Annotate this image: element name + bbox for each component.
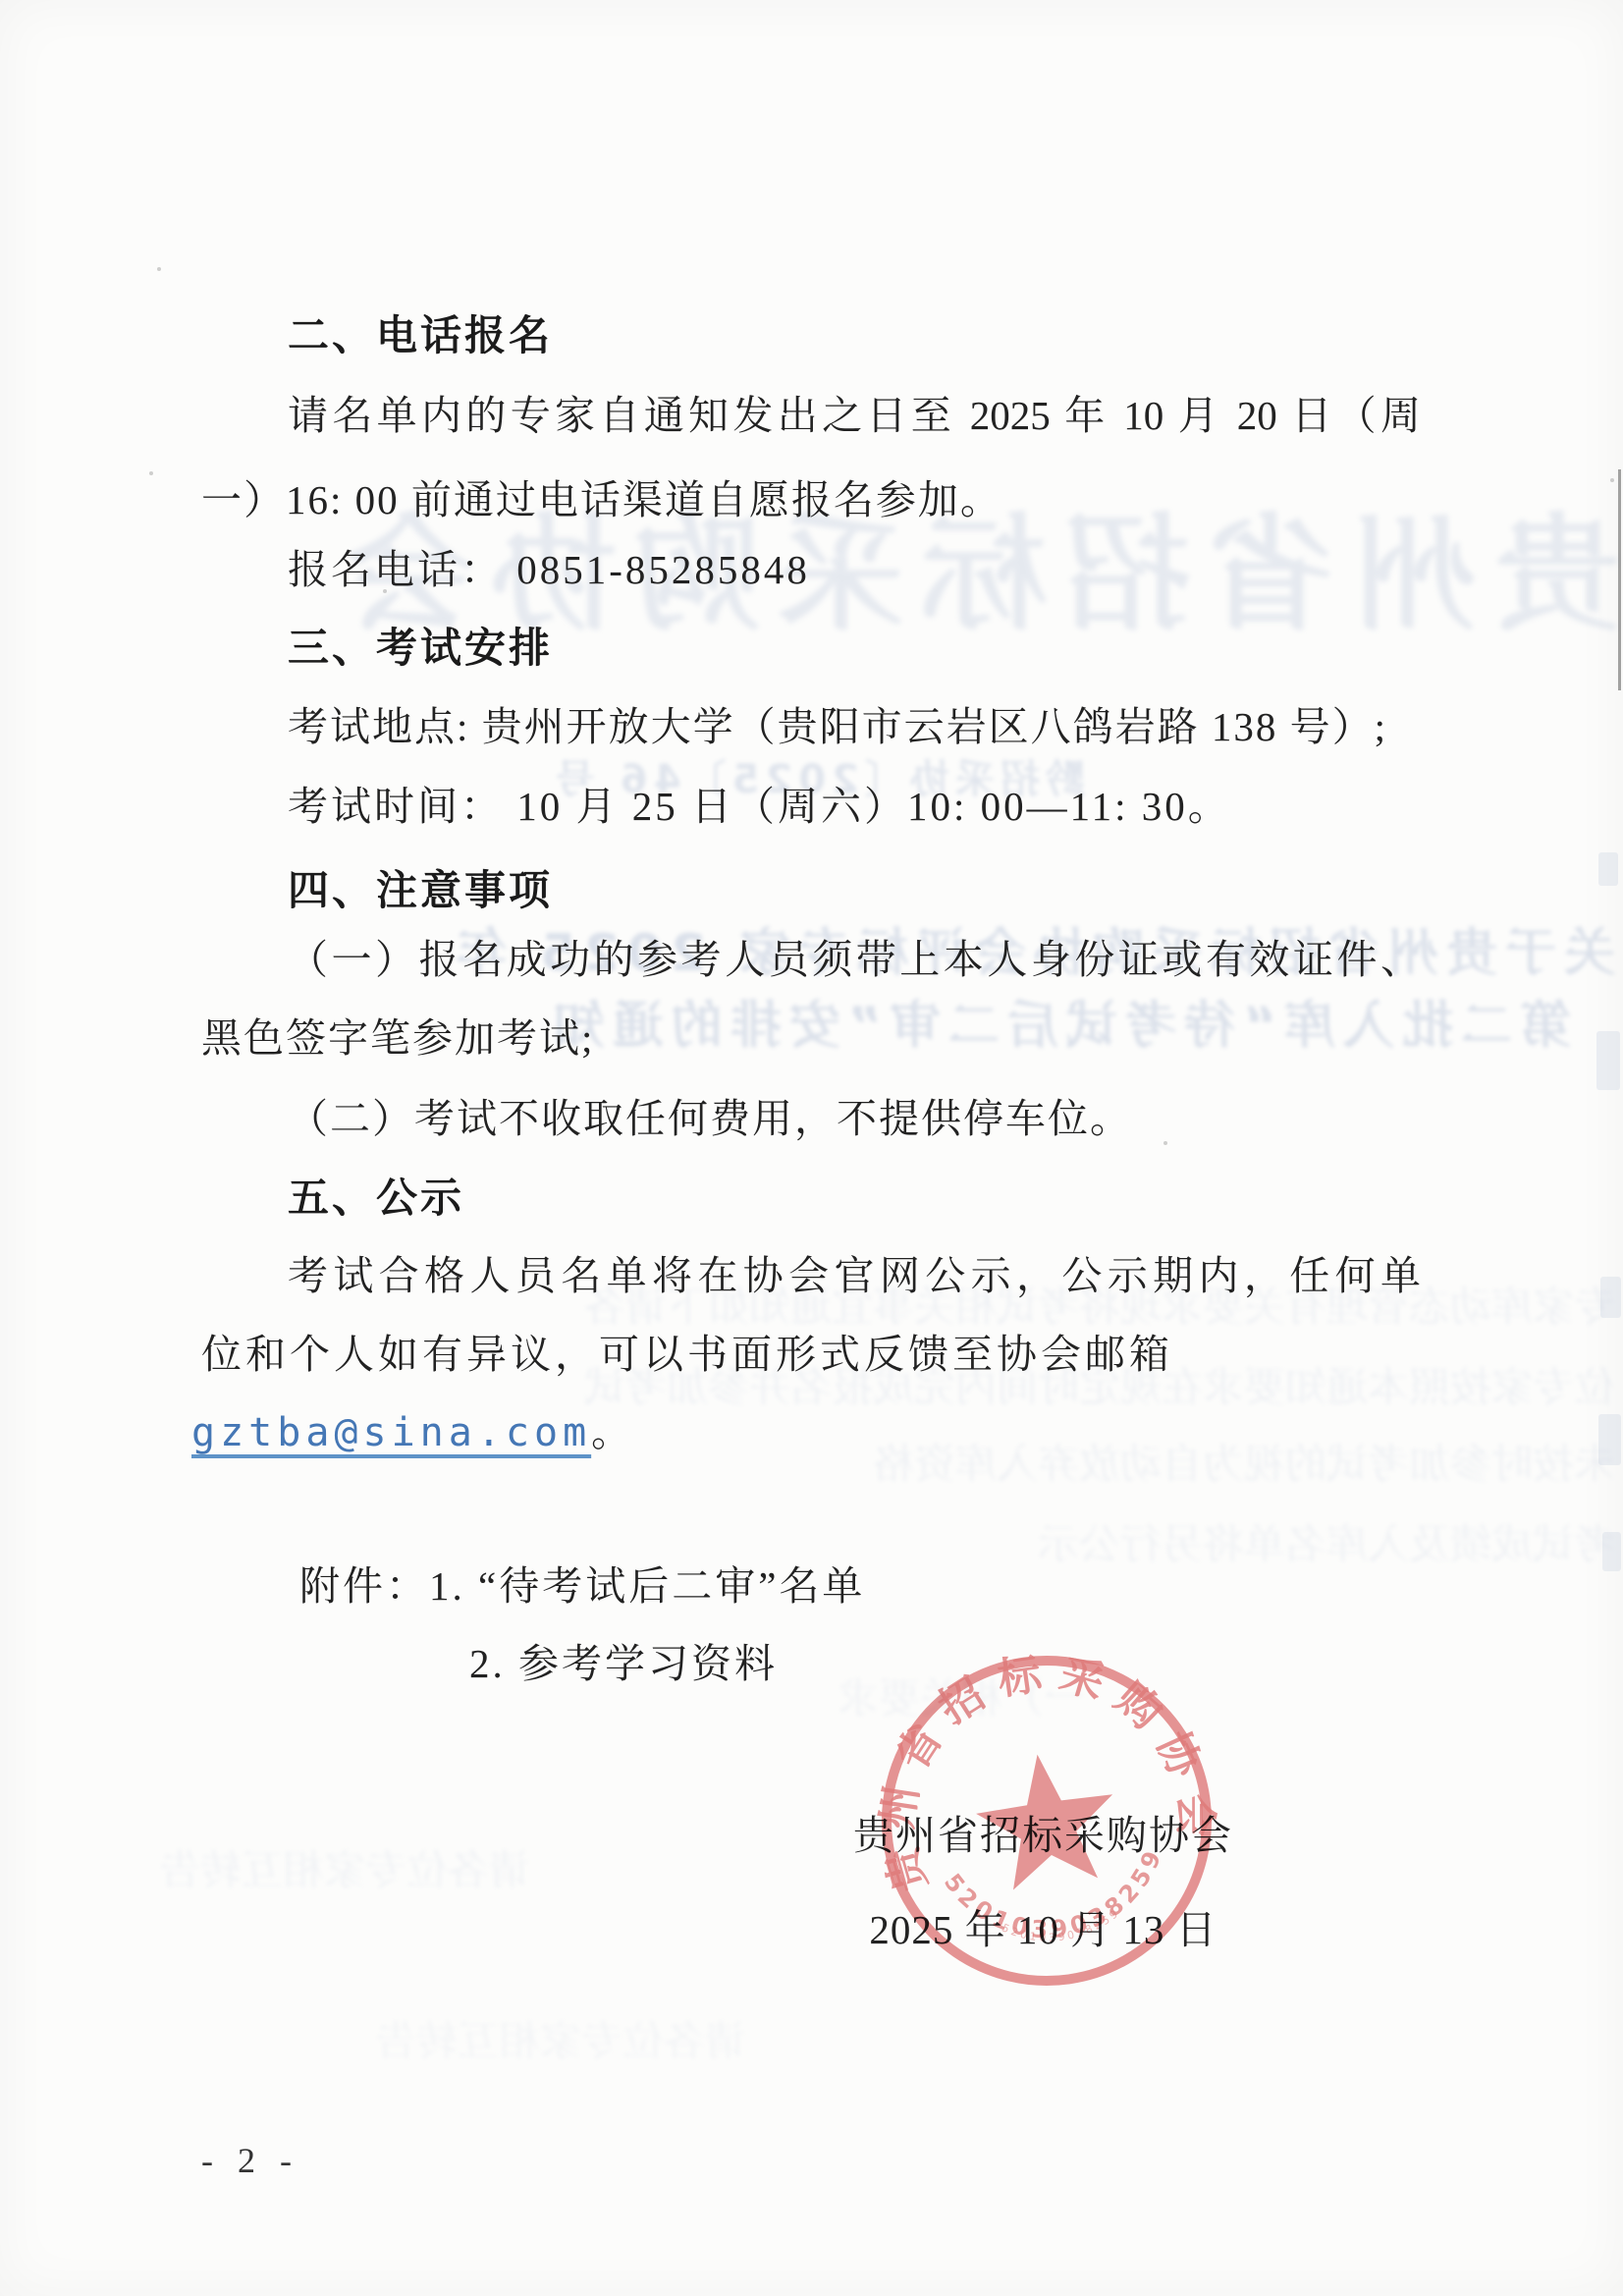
publicity-email-line: gztba@sina.com。	[191, 1410, 632, 1455]
attachments-line2: 2. 参考学习资料	[469, 1641, 778, 1687]
phone-registration-paragraph-line1: 请名单内的专家自通知发出之日至 2025 年 10 月 20 日（周	[288, 393, 1421, 439]
attachments-line1: 附件：1. “待考试后二审”名单	[299, 1563, 865, 1610]
section-heading-publicity: 五、公示	[288, 1175, 464, 1222]
note-item1-line2: 黑色签字笔参加考试;	[201, 1015, 594, 1062]
signature-date: 2025 年 10 月 13 日	[844, 1897, 1242, 1955]
association-email-link[interactable]: gztba@sina.com	[191, 1410, 591, 1455]
document-page: 贵州省招标采购协会 黔招采协〔2025〕46 号 关于贵州省招标采购协会评标专家…	[0, 0, 1623, 2296]
section-heading-exam-arrangement: 三、考试安排	[288, 625, 553, 672]
publicity-paragraph-line1: 考试合格人员名单将在协会官网公示，公示期内，任何单	[288, 1253, 1421, 1299]
email-line-period: 。	[591, 1410, 632, 1454]
scan-blob	[1598, 852, 1618, 886]
scan-speck	[157, 267, 161, 271]
page-number: - 2 -	[201, 2141, 299, 2181]
scan-blob	[1602, 1532, 1621, 1571]
signature-block: 贵州省招标采购协会 2025 年 10 月 13 日	[844, 1803, 1242, 1955]
exam-time-line: 考试时间： 10 月 25 日（周六）10: 00—11: 30。	[288, 784, 1231, 830]
note-item1-line1: （一）报名成功的参考人员须带上本人身份证或有效证件、	[288, 937, 1421, 983]
note-item2-line: （二）考试不收取任何费用，不提供停车位。	[288, 1096, 1132, 1142]
scan-edge-artifact	[1618, 469, 1621, 690]
scan-speck	[149, 471, 153, 475]
publicity-paragraph-line2: 位和个人如有异议，可以书面形式反馈至协会邮箱	[201, 1332, 1173, 1378]
bleedthrough-body-line: 考试成绩及入库名单将另行公示	[201, 1512, 1615, 1571]
scan-speck	[1610, 478, 1614, 482]
exam-location-line: 考试地点: 贵州开放大学（贵阳市云岩区八鸽岩路 138 号）;	[288, 704, 1387, 750]
phone-registration-paragraph-line2: 一）16: 00 前通过电话渠道自愿报名参加。	[201, 477, 1002, 523]
scan-blob	[1596, 1031, 1620, 1090]
registration-phone-number-line: 报名电话： 0851-85285848	[288, 547, 810, 593]
signature-organization: 贵州省招标采购协会	[844, 1803, 1242, 1861]
scan-blob	[1598, 1414, 1621, 1465]
scan-speck	[1163, 1141, 1167, 1145]
bleedthrough-body-line: 请各位专家相互转告	[137, 1838, 530, 1897]
scan-blob	[1600, 1277, 1621, 1318]
section-heading-phone-registration: 二、电话报名	[288, 312, 553, 359]
section-heading-notes: 四、注意事项	[288, 867, 553, 914]
bleedthrough-body-line: 请各位专家相互转告	[137, 2009, 746, 2068]
